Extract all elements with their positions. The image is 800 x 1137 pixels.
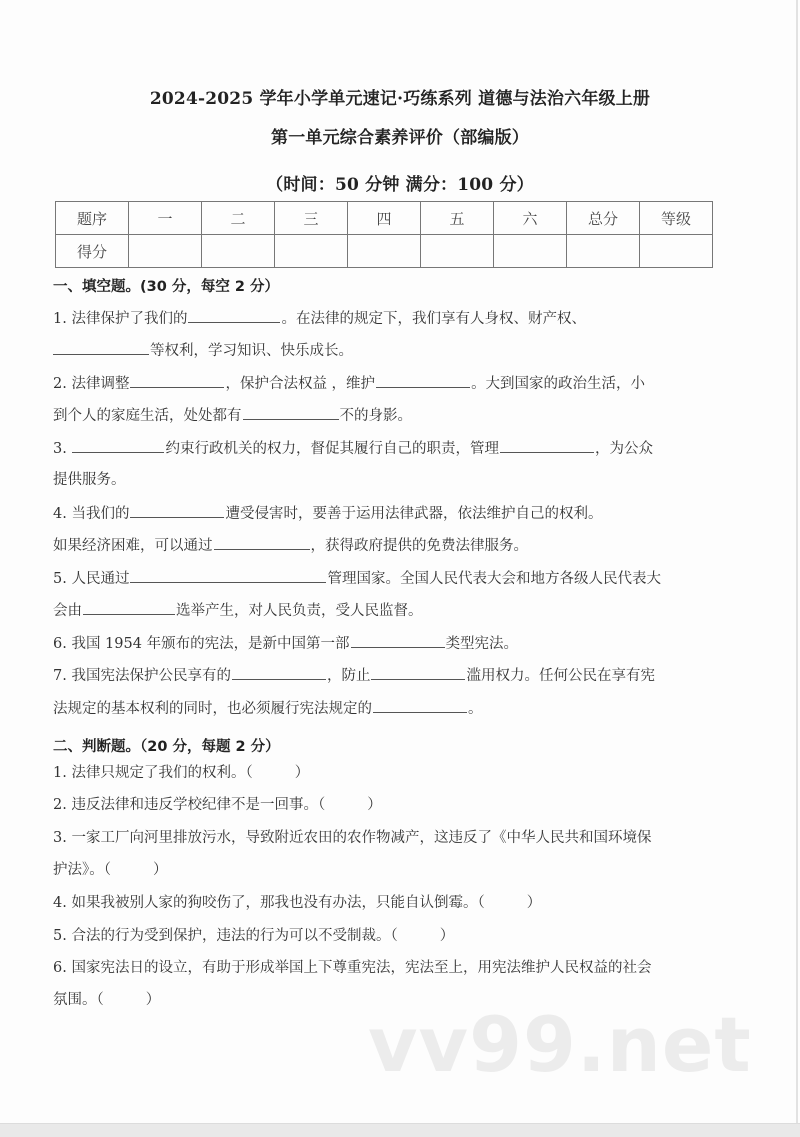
- paren-close: ）: [527, 895, 542, 911]
- table-cell: 等级: [640, 202, 713, 235]
- question-text: 到个人的家庭生活，处处都有: [53, 408, 242, 424]
- score-cell[interactable]: [567, 235, 640, 268]
- answer-blank[interactable]: [232, 665, 326, 680]
- question-line: 法规定的基本权利的同时，也必须履行宪法规定的。: [53, 698, 718, 719]
- answer-blank[interactable]: [500, 438, 594, 453]
- question-text: 护法》。（: [53, 862, 111, 878]
- question-line: 如果经济困难，可以通过，获得政府提供的免费法律服务。: [53, 535, 718, 556]
- document-title: 2024-2025 学年小学单元速记·巧练系列 道德与法治六年级上册: [0, 84, 800, 109]
- table-cell: 四: [348, 202, 421, 235]
- question-text: 不的身影。: [340, 408, 413, 424]
- question-text: 6. 国家宪法日的设立，有助于形成举国上下尊重宪法，宪法至上，用宪法维护人民权益…: [53, 960, 651, 976]
- answer-blank[interactable]: [214, 535, 310, 550]
- question-line: 7. 我国宪法保护公民享有的，防止滥用权力。任何公民在享有宪: [53, 665, 718, 686]
- question-line: 提供服务。: [53, 470, 718, 490]
- score-cell[interactable]: [202, 235, 275, 268]
- paren-close: ）: [146, 992, 161, 1008]
- judgment-line: 护法》。（）: [53, 860, 718, 880]
- answer-blank[interactable]: [371, 665, 465, 680]
- question-line: 1. 法律保护了我们的。在法律的规定下，我们享有人身权、财产权、: [53, 308, 718, 329]
- question-text: 氛围。（: [53, 992, 104, 1008]
- question-text: 5. 人民通过: [53, 571, 129, 587]
- question-line: 等权利，学习知识、快乐成长。: [53, 340, 718, 361]
- question-text: 类型宪法。: [446, 636, 519, 652]
- question-text: 管理国家。全国人民代表大会和地方各级人民代表大: [327, 571, 661, 587]
- judgment-line: 5. 合法的行为受到保护，违法的行为可以不受制裁。（）: [53, 926, 718, 946]
- judgment-line: 2. 违反法律和违反学校纪律不是一回事。（）: [53, 795, 718, 815]
- question-line: 会由选举产生，对人民负责，受人民监督。: [53, 600, 718, 621]
- section-heading-fill-blank: 一、填空题。(30 分，每空 2 分）: [53, 275, 279, 296]
- question-text: 7. 我国宪法保护公民享有的: [53, 668, 231, 684]
- score-cell[interactable]: [129, 235, 202, 268]
- table-cell: 五: [421, 202, 494, 235]
- question-text: ，获得政府提供的免费法律服务。: [311, 538, 529, 554]
- answer-blank[interactable]: [351, 633, 445, 648]
- question-text: 遭受侵害时，要善于运用法律武器，依法维护自己的权利。: [225, 506, 602, 522]
- question-text: 提供服务。: [53, 472, 126, 488]
- table-cell: 二: [202, 202, 275, 235]
- table-cell: 总分: [567, 202, 640, 235]
- score-cell[interactable]: [494, 235, 567, 268]
- question-text: 1. 法律只规定了我们的权利。（: [53, 765, 253, 781]
- watermark: vv99.net: [368, 1000, 752, 1089]
- judgment-line: 3. 一家工厂向河里排放污水，导致附近农田的农作物减产，这违反了《中华人民共和国…: [53, 828, 718, 848]
- judgment-line: 6. 国家宪法日的设立，有助于形成举国上下尊重宪法，宪法至上，用宪法维护人民权益…: [53, 958, 718, 978]
- question-text: 。大到国家的政治生活，小: [471, 376, 645, 392]
- paren-close: ）: [295, 765, 310, 781]
- question-text: 3. 一家工厂向河里排放污水，导致附近农田的农作物减产，这违反了《中华人民共和国…: [53, 830, 651, 846]
- score-table: 题序 一 二 三 四 五 六 总分 等级 得分: [55, 201, 713, 268]
- answer-blank[interactable]: [243, 405, 339, 420]
- table-cell: 题序: [56, 202, 129, 235]
- score-cell[interactable]: [640, 235, 713, 268]
- question-text: 如果经济困难，可以通过: [53, 538, 213, 554]
- answer-blank[interactable]: [130, 568, 326, 583]
- question-line: 4. 当我们的遭受侵害时，要善于运用法律武器，依法维护自己的权利。: [53, 503, 718, 524]
- question-text: 。在法律的规定下，我们享有人身权、财产权、: [281, 311, 586, 327]
- question-text: 2. 违反法律和违反学校纪律不是一回事。（: [53, 797, 325, 813]
- answer-blank[interactable]: [53, 340, 149, 355]
- score-cell[interactable]: [421, 235, 494, 268]
- question-line: 3. 约束行政机关的权力，督促其履行自己的职责，管理，为公众: [53, 438, 718, 459]
- score-cell[interactable]: [348, 235, 421, 268]
- table-cell: 三: [275, 202, 348, 235]
- judgment-line: 4. 如果我被别人家的狗咬伤了，那我也没有办法，只能自认倒霉。（）: [53, 893, 718, 913]
- answer-blank[interactable]: [373, 698, 467, 713]
- question-text: 6. 我国 1954 年颁布的宪法，是新中国第一部: [53, 636, 350, 652]
- answer-blank[interactable]: [72, 438, 164, 453]
- question-text: ，防止: [327, 668, 371, 684]
- question-text: ，保护合法权益 ，维护: [225, 376, 375, 392]
- question-line: 5. 人民通过管理国家。全国人民代表大会和地方各级人民代表大: [53, 568, 718, 589]
- answer-blank[interactable]: [130, 503, 224, 518]
- page-border: [796, 0, 798, 1123]
- question-text: 2. 法律调整: [53, 376, 129, 392]
- question-text: 选举产生，对人民负责，受人民监督。: [176, 603, 423, 619]
- section-heading-true-false: 二、判断题。（20 分，每题 2 分）: [53, 735, 280, 756]
- question-text: 法规定的基本权利的同时，也必须履行宪法规定的: [53, 701, 372, 717]
- answer-blank[interactable]: [376, 373, 470, 388]
- question-text: 等权利，学习知识、快乐成长。: [150, 343, 353, 359]
- table-cell-label: 得分: [56, 235, 129, 268]
- bottom-scroll-strip: [0, 1123, 800, 1137]
- table-cell: 六: [494, 202, 567, 235]
- score-cell[interactable]: [275, 235, 348, 268]
- score-table-header-row: 题序 一 二 三 四 五 六 总分 等级: [56, 202, 713, 235]
- judgment-line: 1. 法律只规定了我们的权利。（）: [53, 763, 718, 783]
- question-line: 到个人的家庭生活，处处都有不的身影。: [53, 405, 718, 426]
- question-text: 。: [468, 701, 483, 717]
- question-text: 会由: [53, 603, 82, 619]
- paren-close: ）: [440, 928, 455, 944]
- document-subtitle: 第一单元综合素养评价（部编版）: [0, 123, 800, 148]
- question-text: 1. 法律保护了我们的: [53, 311, 187, 327]
- question-line: 6. 我国 1954 年颁布的宪法，是新中国第一部类型宪法。: [53, 633, 718, 654]
- answer-blank[interactable]: [188, 308, 280, 323]
- question-text: 滥用权力。任何公民在享有宪: [466, 668, 655, 684]
- paren-close: ）: [153, 862, 168, 878]
- answer-blank[interactable]: [83, 600, 175, 615]
- table-cell: 一: [129, 202, 202, 235]
- question-text: 4. 如果我被别人家的狗咬伤了，那我也没有办法，只能自认倒霉。（: [53, 895, 485, 911]
- answer-blank[interactable]: [130, 373, 224, 388]
- question-text: 3.: [53, 441, 71, 457]
- question-text: 5. 合法的行为受到保护，违法的行为可以不受制裁。（: [53, 928, 398, 944]
- paren-close: ）: [367, 797, 382, 813]
- question-text: 约束行政机关的权力，督促其履行自己的职责，管理: [165, 441, 499, 457]
- question-text: 4. 当我们的: [53, 506, 129, 522]
- question-text: ，为公众: [595, 441, 653, 457]
- score-table-score-row: 得分: [56, 235, 713, 268]
- question-line: 2. 法律调整，保护合法权益 ，维护。大到国家的政治生活，小: [53, 373, 718, 394]
- time-and-score-info: （时间：50 分钟 满分：100 分）: [0, 170, 800, 195]
